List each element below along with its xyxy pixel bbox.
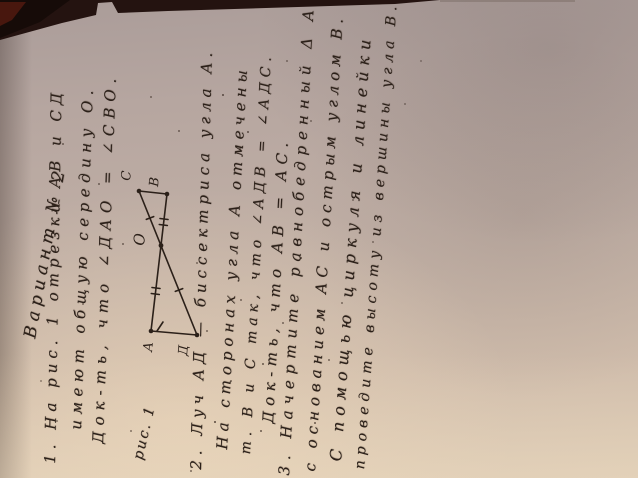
table-edge [0, 0, 638, 478]
photo-of-worksheet: Вариант № 2 1. На рис. 1 отрезки АВ и СД… [0, 0, 638, 478]
